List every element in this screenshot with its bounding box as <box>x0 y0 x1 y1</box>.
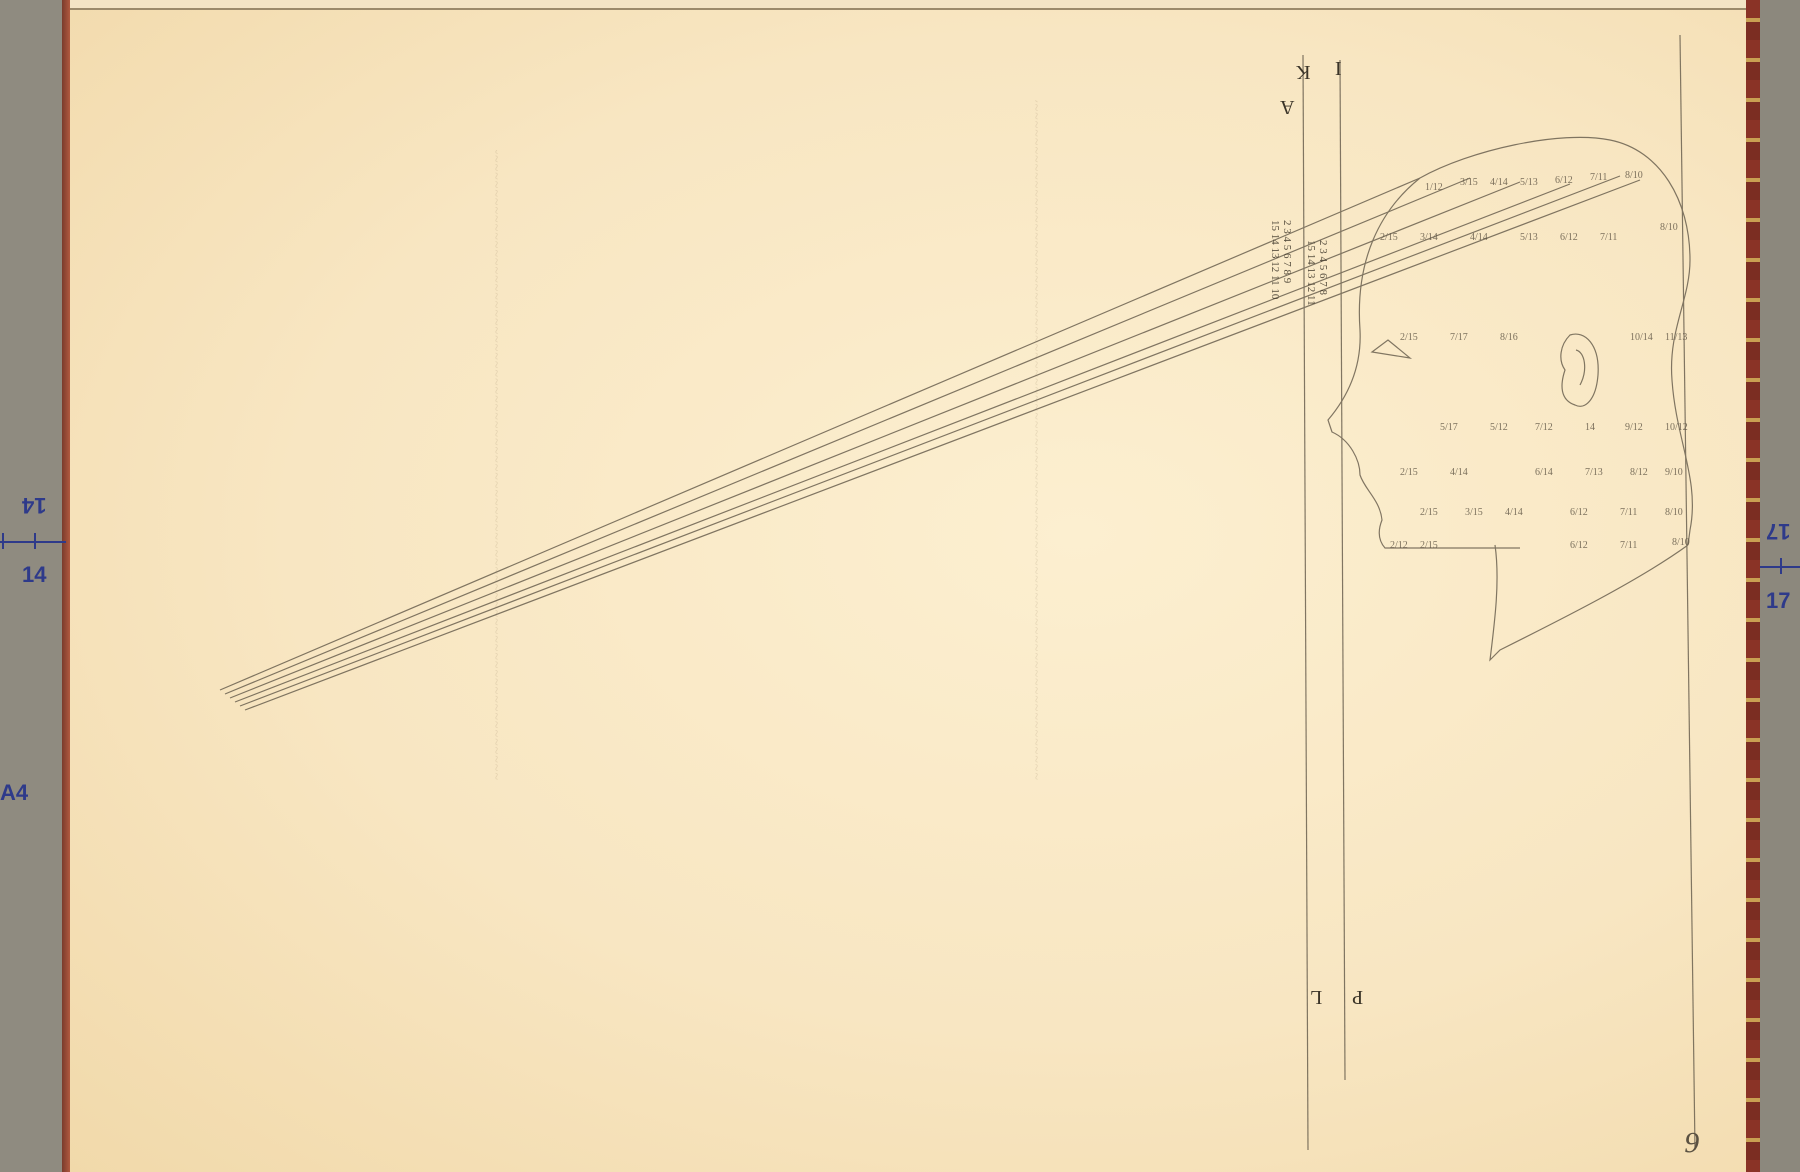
svg-text:15 14 13 12 11 10: 15 14 13 12 11 10 <box>1269 220 1281 300</box>
svg-text:14: 14 <box>1585 422 1595 433</box>
svg-text:8/10: 8/10 <box>1672 537 1690 548</box>
svg-text:2 3 4 5 6 7 8: 2 3 4 5 6 7 8 <box>1317 240 1329 296</box>
line-label-i: I <box>1335 56 1342 79</box>
svg-text:9/10: 9/10 <box>1665 467 1683 478</box>
svg-text:2/12: 2/12 <box>1390 540 1408 551</box>
svg-text:2/15: 2/15 <box>1420 540 1438 551</box>
svg-text:2 3 4 5 6 7 8 9: 2 3 4 5 6 7 8 9 <box>1281 220 1293 284</box>
svg-text:10/12: 10/12 <box>1665 422 1688 433</box>
svg-text:7/11: 7/11 <box>1590 172 1607 183</box>
profile-head-drawing: 1/123/154/14 5/136/127/11 8/108/10 2/153… <box>0 0 1800 1172</box>
svg-text:5/17: 5/17 <box>1440 422 1458 433</box>
svg-text:7/17: 7/17 <box>1450 332 1468 343</box>
svg-text:3/15: 3/15 <box>1465 507 1483 518</box>
svg-text:4/14: 4/14 <box>1450 467 1468 478</box>
svg-text:10/14: 10/14 <box>1630 332 1653 343</box>
svg-text:15 14 13 12 11: 15 14 13 12 11 <box>1305 240 1317 306</box>
line-label-l: L <box>1310 985 1322 1008</box>
svg-text:8/10: 8/10 <box>1665 507 1683 518</box>
svg-text:3/14: 3/14 <box>1420 232 1438 243</box>
svg-text:7/11: 7/11 <box>1620 507 1637 518</box>
svg-text:4/14: 4/14 <box>1470 232 1488 243</box>
svg-text:6/12: 6/12 <box>1570 540 1588 551</box>
svg-text:2/15: 2/15 <box>1420 507 1438 518</box>
svg-text:8/10: 8/10 <box>1660 222 1678 233</box>
svg-text:9/12: 9/12 <box>1625 422 1643 433</box>
svg-text:2/15: 2/15 <box>1380 232 1398 243</box>
svg-text:8/16: 8/16 <box>1500 332 1518 343</box>
svg-text:8/12: 8/12 <box>1630 467 1648 478</box>
line-label-k: K <box>1296 60 1310 83</box>
svg-text:7/11: 7/11 <box>1620 540 1637 551</box>
svg-text:2/15: 2/15 <box>1400 332 1418 343</box>
svg-text:8/10: 8/10 <box>1625 170 1643 181</box>
svg-text:7/12: 7/12 <box>1535 422 1553 433</box>
svg-text:1/12: 1/12 <box>1425 182 1443 193</box>
svg-text:6/14: 6/14 <box>1535 467 1553 478</box>
svg-text:6/12: 6/12 <box>1560 232 1578 243</box>
construction-line-i <box>1340 60 1345 1080</box>
svg-text:6/12: 6/12 <box>1570 507 1588 518</box>
svg-text:3/15: 3/15 <box>1460 177 1478 188</box>
svg-text:5/13: 5/13 <box>1520 232 1538 243</box>
svg-text:7/11: 7/11 <box>1600 232 1617 243</box>
construction-line-right <box>1680 35 1695 1150</box>
svg-text:5/12: 5/12 <box>1490 422 1508 433</box>
svg-text:7/13: 7/13 <box>1585 467 1603 478</box>
svg-text:6/12: 6/12 <box>1555 175 1573 186</box>
svg-text:5/13: 5/13 <box>1520 177 1538 188</box>
svg-text:4/14: 4/14 <box>1490 177 1508 188</box>
svg-text:2/15: 2/15 <box>1400 467 1418 478</box>
construction-line-k <box>1303 55 1308 1150</box>
svg-text:4/14: 4/14 <box>1505 507 1523 518</box>
line-label-p: P <box>1352 985 1363 1008</box>
svg-text:11/13: 11/13 <box>1665 332 1687 343</box>
line-label-a: A <box>1280 95 1294 118</box>
folio-number: 6 <box>1685 1125 1700 1159</box>
